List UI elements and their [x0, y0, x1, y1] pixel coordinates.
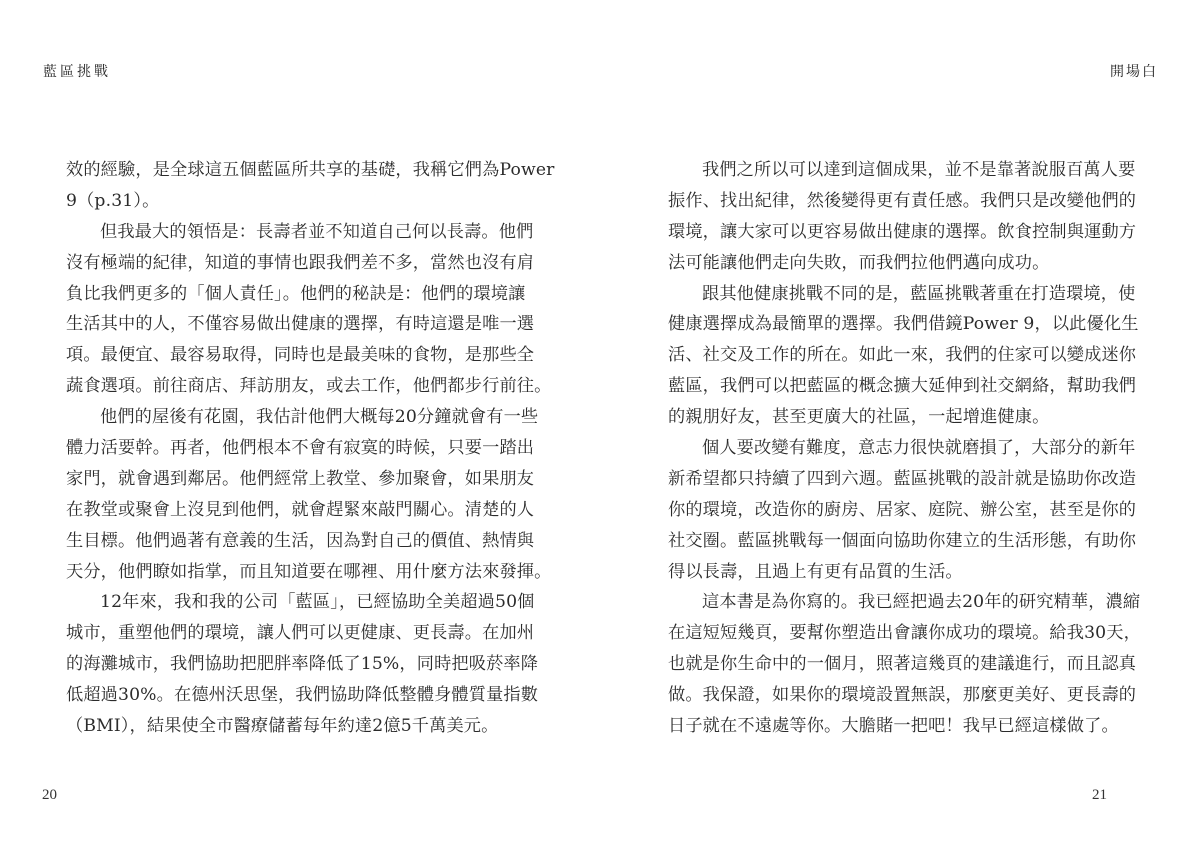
text-line: 生目標。他們過著有意義的生活，因為對自己的價值、熱情與	[66, 526, 546, 557]
text-line: 法可能讓他們走向失敗，而我們拉他們邁向成功。	[668, 248, 1148, 279]
running-head-left: 藍區挑戰	[43, 61, 111, 81]
text-line: 的海灘城市，我們協助把肥胖率降低了15%，同時把吸菸率降	[66, 649, 546, 680]
text-line: 生活其中的人，不僅容易做出健康的選擇，有時這還是唯一選	[66, 309, 546, 340]
page-number-right: 21	[1092, 787, 1107, 804]
text-line: 項。最便宜、最容易取得，同時也是最美味的食物，是那些全	[66, 340, 546, 371]
text-line: 振作、找出紀律，然後變得更有責任感。我們只是改變他們的	[668, 186, 1148, 217]
text-line: 得以長壽，且過上有更有品質的生活。	[668, 557, 1148, 588]
paragraph-first-line: 這本書是為你寫的。我已經把過去20年的研究精華，濃縮	[668, 587, 1148, 618]
text-line: 藍區，我們可以把藍區的概念擴大延伸到社交網絡，幫助我們	[668, 371, 1148, 402]
text-line: 9（p.31）。	[66, 186, 546, 217]
text-line: 社交圈。藍區挑戰每一個面向協助你建立的生活形態，有助你	[668, 526, 1148, 557]
text-line: 的親朋好友，甚至更廣大的社區，一起增進健康。	[668, 402, 1148, 433]
text-line: 沒有極端的紀律，知道的事情也跟我們差不多，當然也沒有肩	[66, 248, 546, 279]
text-line: 健康選擇成為最簡單的選擇。我們借鏡Power 9，以此優化生	[668, 309, 1148, 340]
text-line: 負比我們更多的「個人責任」。他們的秘訣是：他們的環境讓	[66, 279, 546, 310]
text-line: 蔬食選項。前往商店、拜訪朋友，或去工作，他們都步行前往。	[66, 371, 546, 402]
body-text-right: 我們之所以可以達到這個成果，並不是靠著說服百萬人要振作、找出紀律，然後變得更有責…	[668, 155, 1148, 742]
text-line: 做。我保證，如果你的環境設置無誤，那麼更美好、更長壽的	[668, 680, 1148, 711]
paragraph-first-line: 我們之所以可以達到這個成果，並不是靠著說服百萬人要	[668, 155, 1148, 186]
text-line: 你的環境，改造你的廚房、居家、庭院、辦公室，甚至是你的	[668, 495, 1148, 526]
text-line: （BMI），結果使全市醫療儲蓄每年約達2億5千萬美元。	[66, 711, 546, 742]
paragraph-first-line: 個人要改變有難度，意志力很快就磨損了，大部分的新年	[668, 433, 1148, 464]
text-line: 在教堂或聚會上沒見到他們，就會趕緊來敲門關心。清楚的人	[66, 495, 546, 526]
text-line: 活、社交及工作的所在。如此一來，我們的住家可以變成迷你	[668, 340, 1148, 371]
text-line: 也就是你生命中的一個月，照著這幾頁的建議進行，而且認真	[668, 649, 1148, 680]
text-line: 家門，就會遇到鄰居。他們經常上教堂、參加聚會，如果朋友	[66, 464, 546, 495]
paragraph-first-line: 他們的屋後有花園，我估計他們大概每20分鐘就會有一些	[66, 402, 546, 433]
text-line: 日子就在不遠處等你。大膽賭一把吧！我早已經這樣做了。	[668, 711, 1148, 742]
paragraph-first-line: 跟其他健康挑戰不同的是，藍區挑戰著重在打造環境，使	[668, 279, 1148, 310]
text-line: 新希望都只持續了四到六週。藍區挑戰的設計就是協助你改造	[668, 464, 1148, 495]
paragraph-first-line: 但我最大的領悟是：長壽者並不知道自己何以長壽。他們	[66, 217, 546, 248]
text-line: 體力活要幹。再者，他們根本不會有寂寞的時候，只要一踏出	[66, 433, 546, 464]
running-head-right: 開場白	[1110, 61, 1158, 81]
page-number-left: 20	[42, 787, 57, 804]
text-line: 城市，重塑他們的環境，讓人們可以更健康、更長壽。在加州	[66, 618, 546, 649]
body-text-left: 效的經驗，是全球這五個藍區所共享的基礎，我稱它們為Power9（p.31）。但我…	[66, 155, 546, 742]
text-line: 天分，他們瞭如指掌，而且知道要在哪裡、用什麼方法來發揮。	[66, 557, 546, 588]
text-line: 在這短短幾頁，要幫你塑造出會讓你成功的環境。給我30天，	[668, 618, 1148, 649]
text-line: 低超過30%。在德州沃思堡，我們協助降低整體身體質量指數	[66, 680, 546, 711]
left-page: 藍區挑戰 效的經驗，是全球這五個藍區所共享的基礎，我稱它們為Power9（p.3…	[0, 0, 600, 851]
right-page: 開場白 我們之所以可以達到這個成果，並不是靠著說服百萬人要振作、找出紀律，然後變…	[600, 0, 1200, 851]
paragraph-first-line: 12年來，我和我的公司「藍區」，已經協助全美超過50個	[66, 587, 546, 618]
text-line: 效的經驗，是全球這五個藍區所共享的基礎，我稱它們為Power	[66, 155, 546, 186]
text-line: 環境，讓大家可以更容易做出健康的選擇。飲食控制與運動方	[668, 217, 1148, 248]
